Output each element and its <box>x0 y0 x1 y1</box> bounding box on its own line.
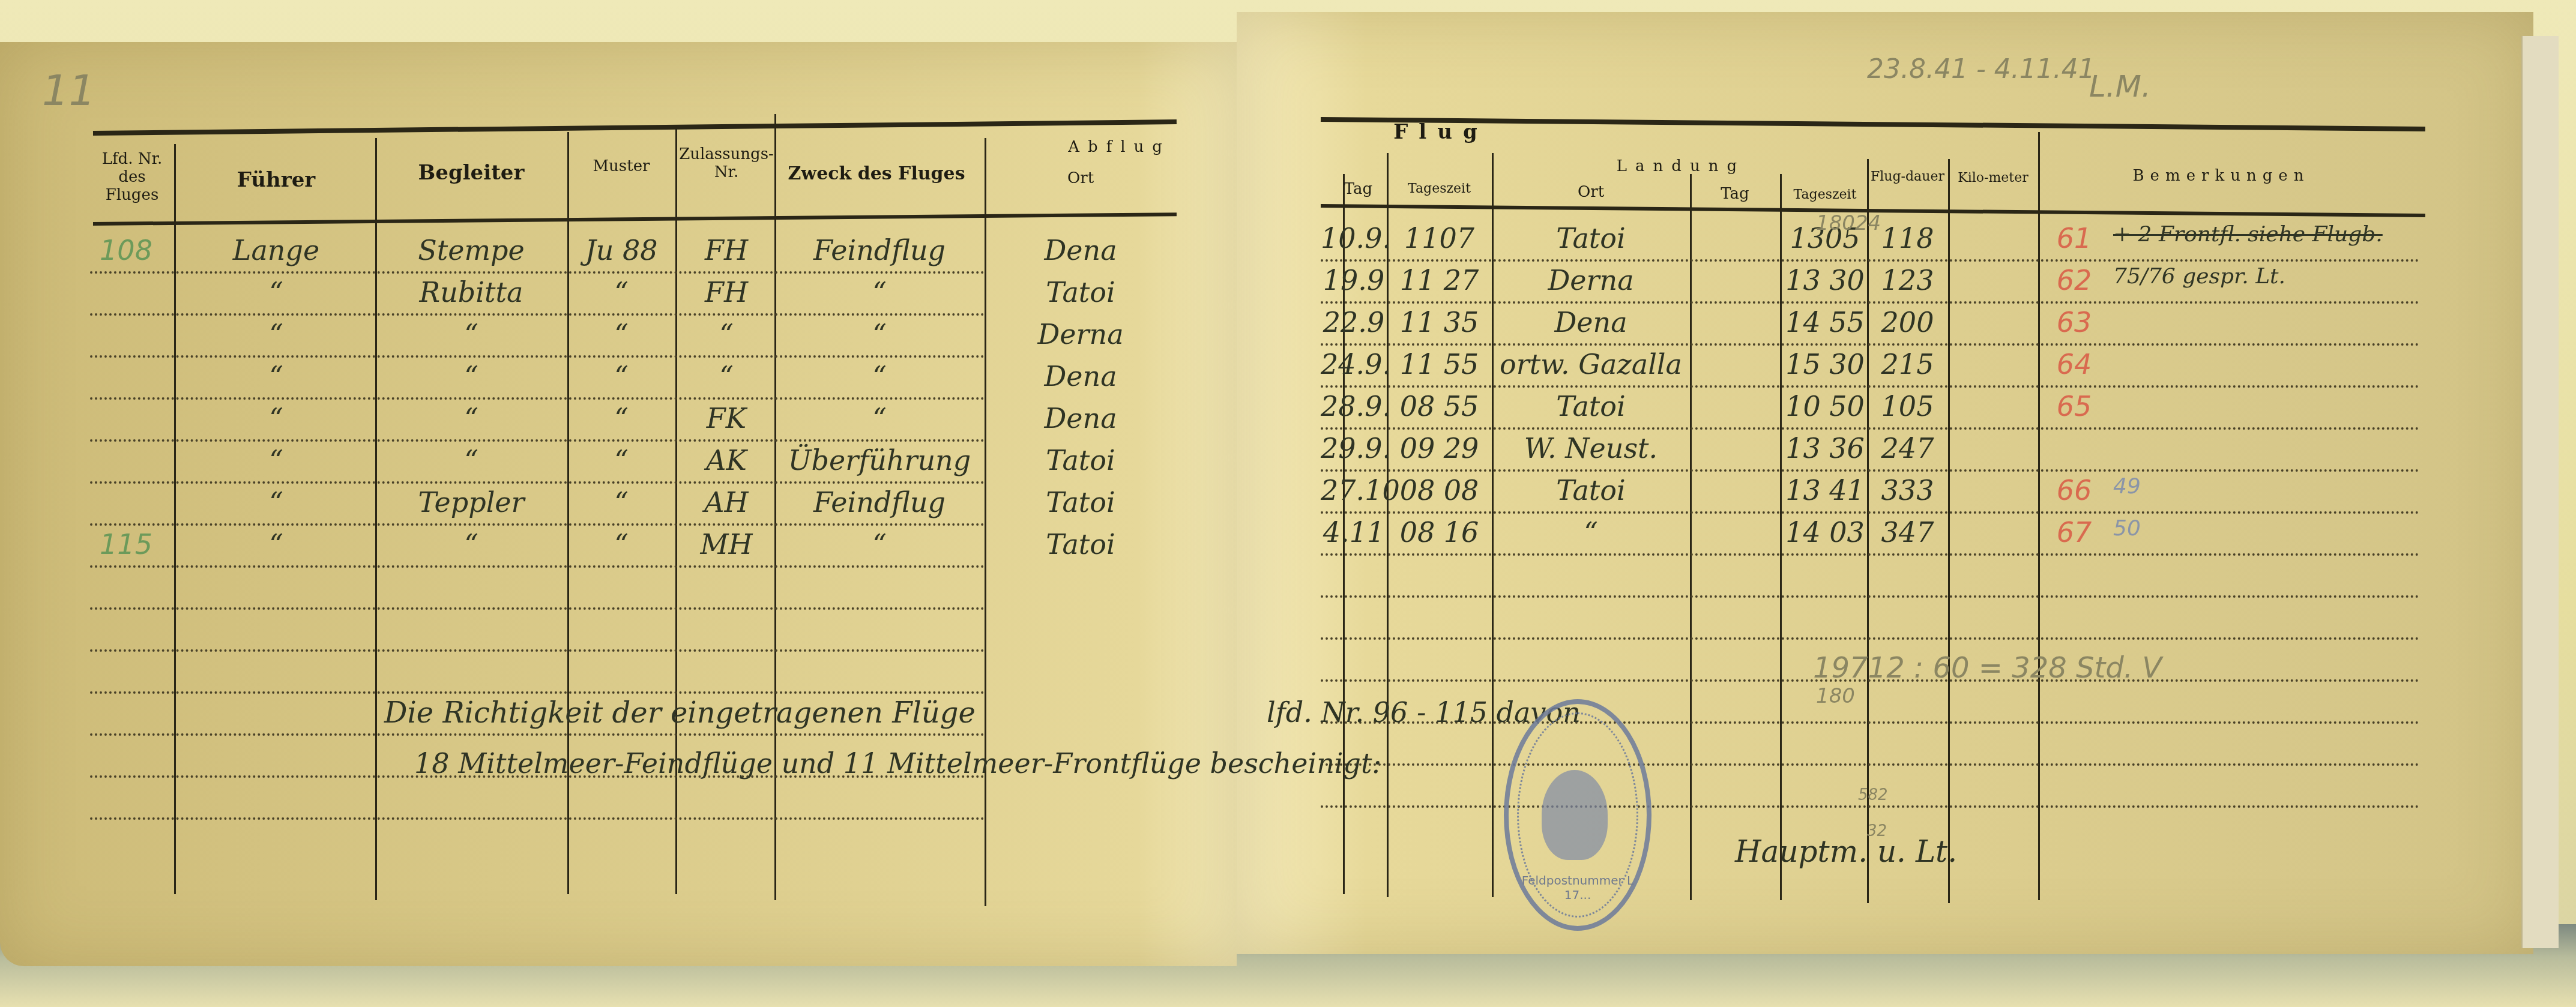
signature: Hauptm. u. Lt. <box>1735 834 1957 869</box>
row-8-zeit: 08 16 <box>1390 516 1489 549</box>
row-2-zweck: “ <box>777 276 982 308</box>
col-divider <box>1387 153 1389 897</box>
row-4-abflug-ort: Dena <box>991 360 1171 392</box>
row-4-tag: 24.9. <box>1321 348 1387 380</box>
row-separator <box>1321 595 2419 598</box>
row-4-muster: “ <box>570 360 672 392</box>
row-3-dauer: 200 <box>1870 306 1945 338</box>
row-separator <box>90 691 985 694</box>
official-stamp: Feldpostnummer L 17... <box>1504 699 1651 931</box>
row-1-zeit: 1107 <box>1390 222 1489 254</box>
row-8-begleiter: “ <box>381 528 561 561</box>
row-6-fuehrer: “ <box>180 444 372 476</box>
header-zulassungs-nr: Zulassungs-Nr. <box>678 145 774 181</box>
col-divider <box>1780 174 1782 900</box>
row-3-zweck: “ <box>777 318 982 350</box>
row-6-zeit: 09 29 <box>1390 432 1489 464</box>
header-flug: Flug <box>1369 120 1513 144</box>
row-2-dauer: 123 <box>1870 264 1945 296</box>
pencil-mark-582: 582 <box>1858 786 1888 804</box>
row-2-tag: 19.9 <box>1321 264 1387 296</box>
row-5-fuehrer: “ <box>180 402 372 434</box>
row-1-muster: Ju 88 <box>570 234 672 266</box>
row-3-zeit: 11 35 <box>1390 306 1489 338</box>
row-1-dauer: 118 <box>1870 222 1945 254</box>
row-1-abflug-ort: Dena <box>991 234 1171 266</box>
row-8-bem-red: 67 <box>2041 516 2107 549</box>
row-separator <box>90 397 985 400</box>
date-range-note: 23.8.41 - 4.11.41 <box>1867 54 2095 85</box>
row-5-dauer: 105 <box>1870 390 1945 422</box>
row-5-zweck: “ <box>777 402 982 434</box>
row-8-tag: 4.11 <box>1321 516 1387 549</box>
row-separator <box>90 817 985 820</box>
header-landung-tag: Tag <box>1693 185 1777 203</box>
row-8-landung-zeit: 14 03 <box>1783 516 1867 549</box>
row-5-landung-zeit: 10 50 <box>1783 390 1867 422</box>
row-6-abflug-ort: Tatoi <box>991 444 1171 476</box>
header-abflug-ort: Ort <box>991 169 1171 187</box>
row-7-zeit: 08 08 <box>1390 474 1489 507</box>
header-abflug: Abflug <box>991 138 1171 156</box>
row-3-muster: “ <box>570 318 672 350</box>
row-5-zeit: 08 55 <box>1390 390 1489 422</box>
row-separator <box>1321 637 2419 640</box>
row-7-tag: 27.10 <box>1321 474 1387 507</box>
certification-line-1: Die Richtigkeit der eingetragenen Flüge <box>384 696 976 730</box>
row-8-fuehrer: “ <box>180 528 372 561</box>
row-separator <box>1321 385 2419 388</box>
row-7-bem-note: 49 <box>2113 474 2473 499</box>
sum-below: 180 <box>1816 684 1855 708</box>
row-separator <box>90 733 985 736</box>
page-number: 11 <box>42 66 95 115</box>
row-8-landung-ort: “ <box>1495 516 1687 549</box>
row-separator <box>1321 427 2419 430</box>
row-1-landung-ort: Tatoi <box>1495 222 1687 254</box>
page-stack-edge <box>2521 36 2559 948</box>
row-separator <box>1321 805 2419 808</box>
flight-time-sum: 19712 : 60 = 328 Std. V <box>1813 651 2162 685</box>
row-2-bem-red: 62 <box>2041 264 2107 296</box>
row-4-landung-zeit: 15 30 <box>1783 348 1867 380</box>
row-separator <box>90 565 985 568</box>
row-8-zulassung: MH <box>678 528 774 561</box>
row-3-zulassung: “ <box>678 318 774 350</box>
row-4-zweck: “ <box>777 360 982 392</box>
col-divider <box>1492 153 1494 897</box>
header-lfd-nr: Lfd. Nr. des Fluges <box>96 150 168 204</box>
stamp-text: Feldpostnummer L 17... <box>1509 873 1647 902</box>
row-3-landung-ort: Dena <box>1495 306 1687 338</box>
row-6-zulassung: AK <box>678 444 774 476</box>
row-separator <box>90 649 985 652</box>
row-6-muster: “ <box>570 444 672 476</box>
header-begleiter: Begleiter <box>381 161 561 185</box>
row-4-fuehrer: “ <box>180 360 372 392</box>
row-separator <box>1321 553 2419 556</box>
row-2-abflug-ort: Tatoi <box>991 276 1171 308</box>
row-4-zulassung: “ <box>678 360 774 392</box>
row-separator <box>90 313 985 316</box>
col-divider <box>567 132 569 894</box>
row-3-bem-red: 63 <box>2041 306 2107 338</box>
header-flugdauer: Flug-dauer <box>1870 168 1945 186</box>
row-separator <box>90 271 985 274</box>
row-3-abflug-ort: Derna <box>991 318 1171 350</box>
col-divider <box>174 144 176 894</box>
row-separator <box>1321 259 2419 262</box>
row-6-landung-ort: W. Neust. <box>1495 432 1687 464</box>
col-divider <box>1690 174 1692 900</box>
row-7-abflug-ort: Tatoi <box>991 486 1171 519</box>
row-7-landung-ort: Tatoi <box>1495 474 1687 507</box>
row-7-bem-red: 66 <box>2041 474 2107 507</box>
col-divider <box>375 138 377 900</box>
page-initials: L.M. <box>2089 69 2151 104</box>
header-landung-tageszeit: Tageszeit <box>1783 186 1867 204</box>
row-7-zweck: Feindflug <box>777 486 982 519</box>
row-6-begleiter: “ <box>381 444 561 476</box>
row-7-dauer: 333 <box>1870 474 1945 507</box>
row-2-landung-ort: Derna <box>1495 264 1687 296</box>
row-4-dauer: 215 <box>1870 348 1945 380</box>
row-separator <box>90 607 985 610</box>
row-2-muster: “ <box>570 276 672 308</box>
row-8-abflug-ort: Tatoi <box>991 528 1171 561</box>
row-3-fuehrer: “ <box>180 318 372 350</box>
row-2-zeit: 11 27 <box>1390 264 1489 296</box>
row-5-abflug-ort: Dena <box>991 402 1171 434</box>
row-separator <box>1321 763 2419 766</box>
row-separator <box>1321 511 2419 514</box>
row-separator <box>1321 343 2419 346</box>
row-separator <box>90 439 985 442</box>
row-3-tag: 22.9 <box>1321 306 1387 338</box>
row-5-zulassung: FK <box>678 402 774 434</box>
row-8-bem-note: 50 <box>2113 516 2473 541</box>
col-divider <box>774 114 776 900</box>
flugdauer-running-total: 18024 <box>1816 211 1881 235</box>
row-2-fuehrer: “ <box>180 276 372 308</box>
row-6-tag: 29.9. <box>1321 432 1387 464</box>
row-8-nr: 115 <box>84 528 168 561</box>
row-4-landung-ort: ortw. Gazalla <box>1495 348 1687 380</box>
row-1-bem-red: 61 <box>2041 222 2107 254</box>
row-2-begleiter: Rubitta <box>381 276 561 308</box>
row-8-muster: “ <box>570 528 672 561</box>
row-5-muster: “ <box>570 402 672 434</box>
header-kilometer: Kilo-meter <box>1951 169 2035 187</box>
row-2-landung-zeit: 13 30 <box>1783 264 1867 296</box>
row-7-fuehrer: “ <box>180 486 372 519</box>
header-fuehrer: Führer <box>180 168 372 192</box>
row-4-bem-red: 64 <box>2041 348 2107 380</box>
row-1-begleiter: Stempe <box>381 234 561 266</box>
row-7-landung-zeit: 13 41 <box>1783 474 1867 507</box>
row-5-landung-ort: Tatoi <box>1495 390 1687 422</box>
row-separator <box>90 481 985 484</box>
row-1-bem-note: + 2 Frontfl. siehe Flugb. <box>2113 222 2473 247</box>
header-abflug-tag: Tag <box>1330 180 1387 198</box>
row-1-fuehrer: Lange <box>180 234 372 266</box>
row-4-zeit: 11 55 <box>1390 348 1489 380</box>
row-1-tag: 10.9. <box>1321 222 1387 254</box>
row-separator <box>90 355 985 358</box>
row-separator <box>1321 301 2419 304</box>
header-abflug-tageszeit: Tageszeit <box>1390 180 1489 198</box>
header-bemerkungen: Bemerkungen <box>2101 167 2341 185</box>
row-7-zulassung: AH <box>678 486 774 519</box>
row-8-dauer: 347 <box>1870 516 1945 549</box>
row-8-zweck: “ <box>777 528 982 561</box>
col-divider <box>2038 132 2040 900</box>
row-1-zulassung: FH <box>678 234 774 266</box>
col-divider <box>985 138 986 906</box>
row-7-begleiter: Teppler <box>381 486 561 519</box>
row-6-landung-zeit: 13 36 <box>1783 432 1867 464</box>
row-4-begleiter: “ <box>381 360 561 392</box>
row-6-dauer: 247 <box>1870 432 1945 464</box>
row-6-zweck: Überführung <box>777 444 982 476</box>
row-1-nr: 108 <box>84 234 168 266</box>
header-zweck: Zweck des Fluges <box>777 163 976 184</box>
row-7-muster: “ <box>570 486 672 519</box>
row-5-begleiter: “ <box>381 402 561 434</box>
header-landung-ort: Ort <box>1495 183 1687 201</box>
row-5-bem-red: 65 <box>2041 390 2107 422</box>
header-landung: Landung <box>1495 157 1867 175</box>
row-separator <box>1321 469 2419 472</box>
row-1-zweck: Feindflug <box>777 234 982 266</box>
eagle-emblem-icon <box>1542 770 1608 860</box>
col-divider <box>1948 159 1950 903</box>
row-5-tag: 28.9. <box>1321 390 1387 422</box>
header-muster: Muster <box>570 157 672 175</box>
row-2-bem-note: 75/76 gespr. Lt. <box>2113 264 2473 289</box>
row-2-zulassung: FH <box>678 276 774 308</box>
row-3-begleiter: “ <box>381 318 561 350</box>
row-separator <box>90 523 985 526</box>
row-3-landung-zeit: 14 55 <box>1783 306 1867 338</box>
certification-line-2: 18 Mittelmeer-Feindflüge und 11 Mittelme… <box>414 747 1381 780</box>
